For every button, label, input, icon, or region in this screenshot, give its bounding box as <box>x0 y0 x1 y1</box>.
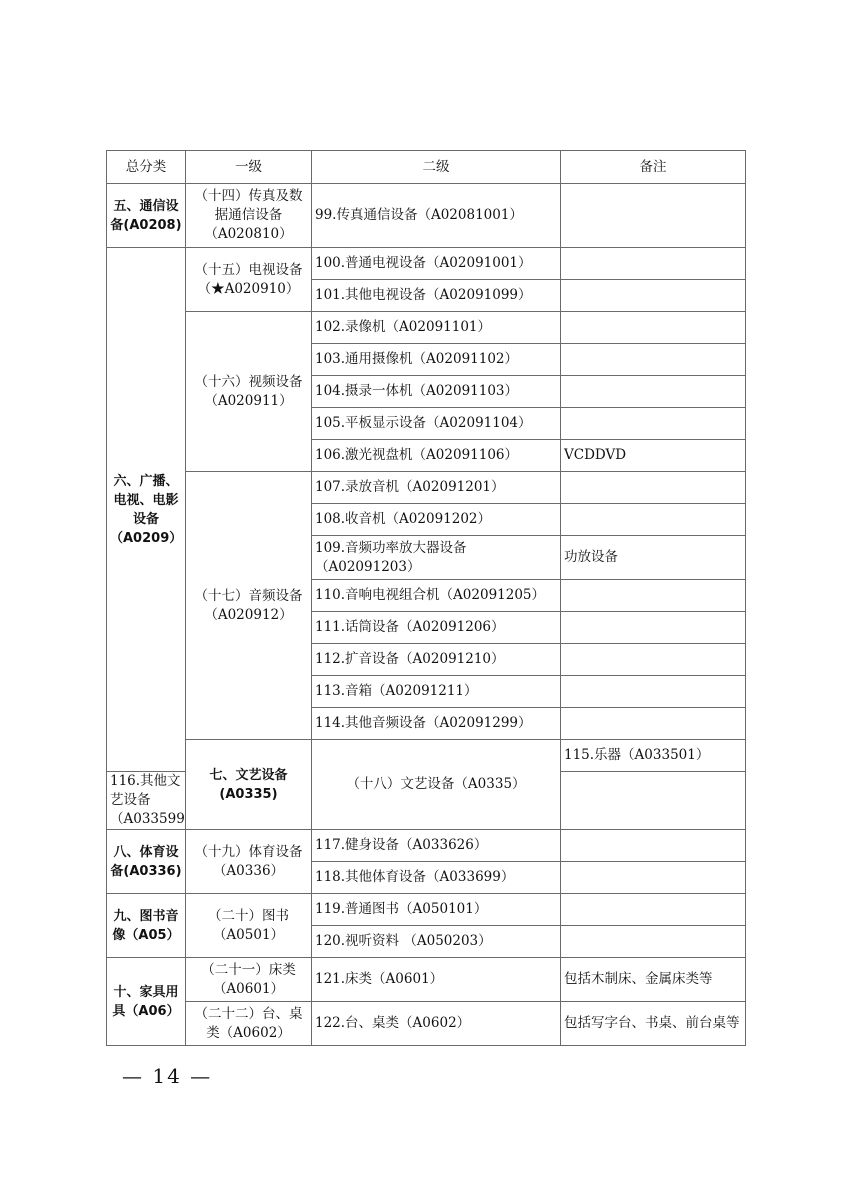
level2-cell: 117.健身设备（A033626） <box>312 830 561 862</box>
level2-cell: 106.激光视盘机（A02091106） <box>312 440 561 472</box>
table-row: 十、家具用具（A06） （二十一）床类（A0601） 121.床类（A0601）… <box>107 958 746 1002</box>
table-row: 六、广播、电视、电影设备（A0209） （十五）电视设备（★A020910） 1… <box>107 248 746 280</box>
level2-cell: 110.音响电视组合机（A02091205） <box>312 580 561 612</box>
level2-cell: 119.普通图书（A050101） <box>312 894 561 926</box>
page-number: — 14 — <box>122 1064 212 1088</box>
note-cell <box>561 708 746 740</box>
level1-cell: （十九）体育设备（A0336） <box>186 830 312 894</box>
level2-cell: 105.平板显示设备（A02091104） <box>312 408 561 440</box>
note-cell: 包括木制床、金属床类等 <box>561 958 746 1002</box>
level2-cell: 104.摄录一体机（A02091103） <box>312 376 561 408</box>
header-level1: 一级 <box>186 151 312 184</box>
note-cell <box>561 612 746 644</box>
level2-cell: 114.其他音频设备（A02091299） <box>312 708 561 740</box>
header-level2: 二级 <box>312 151 561 184</box>
level2-cell: 116.其他文艺设备（A033599） <box>107 772 186 830</box>
level2-cell: 118.其他体育设备（A033699） <box>312 862 561 894</box>
level2-cell: 101.其他电视设备（A02091099） <box>312 280 561 312</box>
level2-cell: 107.录放音机（A02091201） <box>312 472 561 504</box>
level2-cell: 122.台、桌类（A0602） <box>312 1002 561 1046</box>
table-row: （十六）视频设备（A020911） 102.录像机（A02091101） <box>107 312 746 344</box>
category-cell: 十、家具用具（A06） <box>107 958 186 1046</box>
table-row: （十七）音频设备（A020912） 107.录放音机（A02091201） <box>107 472 746 504</box>
equipment-classification-table: 总分类 一级 二级 备注 五、通信设备(A0208) （十四）传真及数据通信设备… <box>106 150 746 1046</box>
level2-cell: 112.扩音设备（A02091210） <box>312 644 561 676</box>
table-row: 九、图书音像（A05） （二十）图书（A0501） 119.普通图书（A0501… <box>107 894 746 926</box>
note-cell <box>561 894 746 926</box>
category-cell: 九、图书音像（A05） <box>107 894 186 958</box>
header-category: 总分类 <box>107 151 186 184</box>
category-cell: 八、体育设备(A0336) <box>107 830 186 894</box>
note-cell <box>561 344 746 376</box>
note-cell <box>561 772 746 830</box>
table-row: （二十二）台、桌类（A0602） 122.台、桌类（A0602） 包括写字台、书… <box>107 1002 746 1046</box>
table-header-row: 总分类 一级 二级 备注 <box>107 151 746 184</box>
table-row: 八、体育设备(A0336) （十九）体育设备（A0336） 117.健身设备（A… <box>107 830 746 862</box>
note-cell <box>561 376 746 408</box>
level2-cell: 113.音箱（A02091211） <box>312 676 561 708</box>
level1-cell: （二十二）台、桌类（A0602） <box>186 1002 312 1046</box>
level2-cell: 103.通用摄像机（A02091102） <box>312 344 561 376</box>
note-cell <box>561 830 746 862</box>
note-cell <box>561 248 746 280</box>
note-cell <box>561 312 746 344</box>
note-cell <box>561 280 746 312</box>
note-cell <box>561 504 746 536</box>
note-cell <box>561 408 746 440</box>
table-row: 七、文艺设备(A0335) （十八）文艺设备（A0335） 115.乐器（A03… <box>107 740 746 772</box>
level2-cell: 108.收音机（A02091202） <box>312 504 561 536</box>
note-cell: 功放设备 <box>561 536 746 580</box>
level2-cell: 115.乐器（A033501） <box>561 740 746 772</box>
level2-cell: 102.录像机（A02091101） <box>312 312 561 344</box>
level2-cell: 99.传真通信设备（A02081001） <box>312 184 561 248</box>
note-cell <box>561 472 746 504</box>
level2-cell: 120.视听资料 （A050203） <box>312 926 561 958</box>
note-cell <box>561 580 746 612</box>
level1-cell: （二十）图书（A0501） <box>186 894 312 958</box>
level1-cell: （十五）电视设备（★A020910） <box>186 248 312 312</box>
note-cell <box>561 926 746 958</box>
table-row: 五、通信设备(A0208) （十四）传真及数据通信设备（A020810） 99.… <box>107 184 746 248</box>
note-cell <box>561 644 746 676</box>
header-notes: 备注 <box>561 151 746 184</box>
level1-cell: （十四）传真及数据通信设备（A020810） <box>186 184 312 248</box>
category-cell: 七、文艺设备(A0335) <box>186 740 312 830</box>
note-cell: 包括写字台、书桌、前台桌等 <box>561 1002 746 1046</box>
category-cell: 五、通信设备(A0208) <box>107 184 186 248</box>
note-cell <box>561 862 746 894</box>
level2-cell: 121.床类（A0601） <box>312 958 561 1002</box>
note-cell <box>561 676 746 708</box>
level2-cell: 111.话筒设备（A02091206） <box>312 612 561 644</box>
level2-cell: 109.音频功率放大器设备（A02091203） <box>312 536 561 580</box>
level1-cell: （十七）音频设备（A020912） <box>186 472 312 740</box>
level1-cell: （二十一）床类（A0601） <box>186 958 312 1002</box>
level2-cell: 100.普通电视设备（A02091001） <box>312 248 561 280</box>
level1-cell: （十八）文艺设备（A0335） <box>312 740 561 830</box>
level1-cell: （十六）视频设备（A020911） <box>186 312 312 472</box>
category-cell: 六、广播、电视、电影设备（A0209） <box>107 248 186 772</box>
note-cell <box>561 184 746 248</box>
note-cell: VCDDVD <box>561 440 746 472</box>
